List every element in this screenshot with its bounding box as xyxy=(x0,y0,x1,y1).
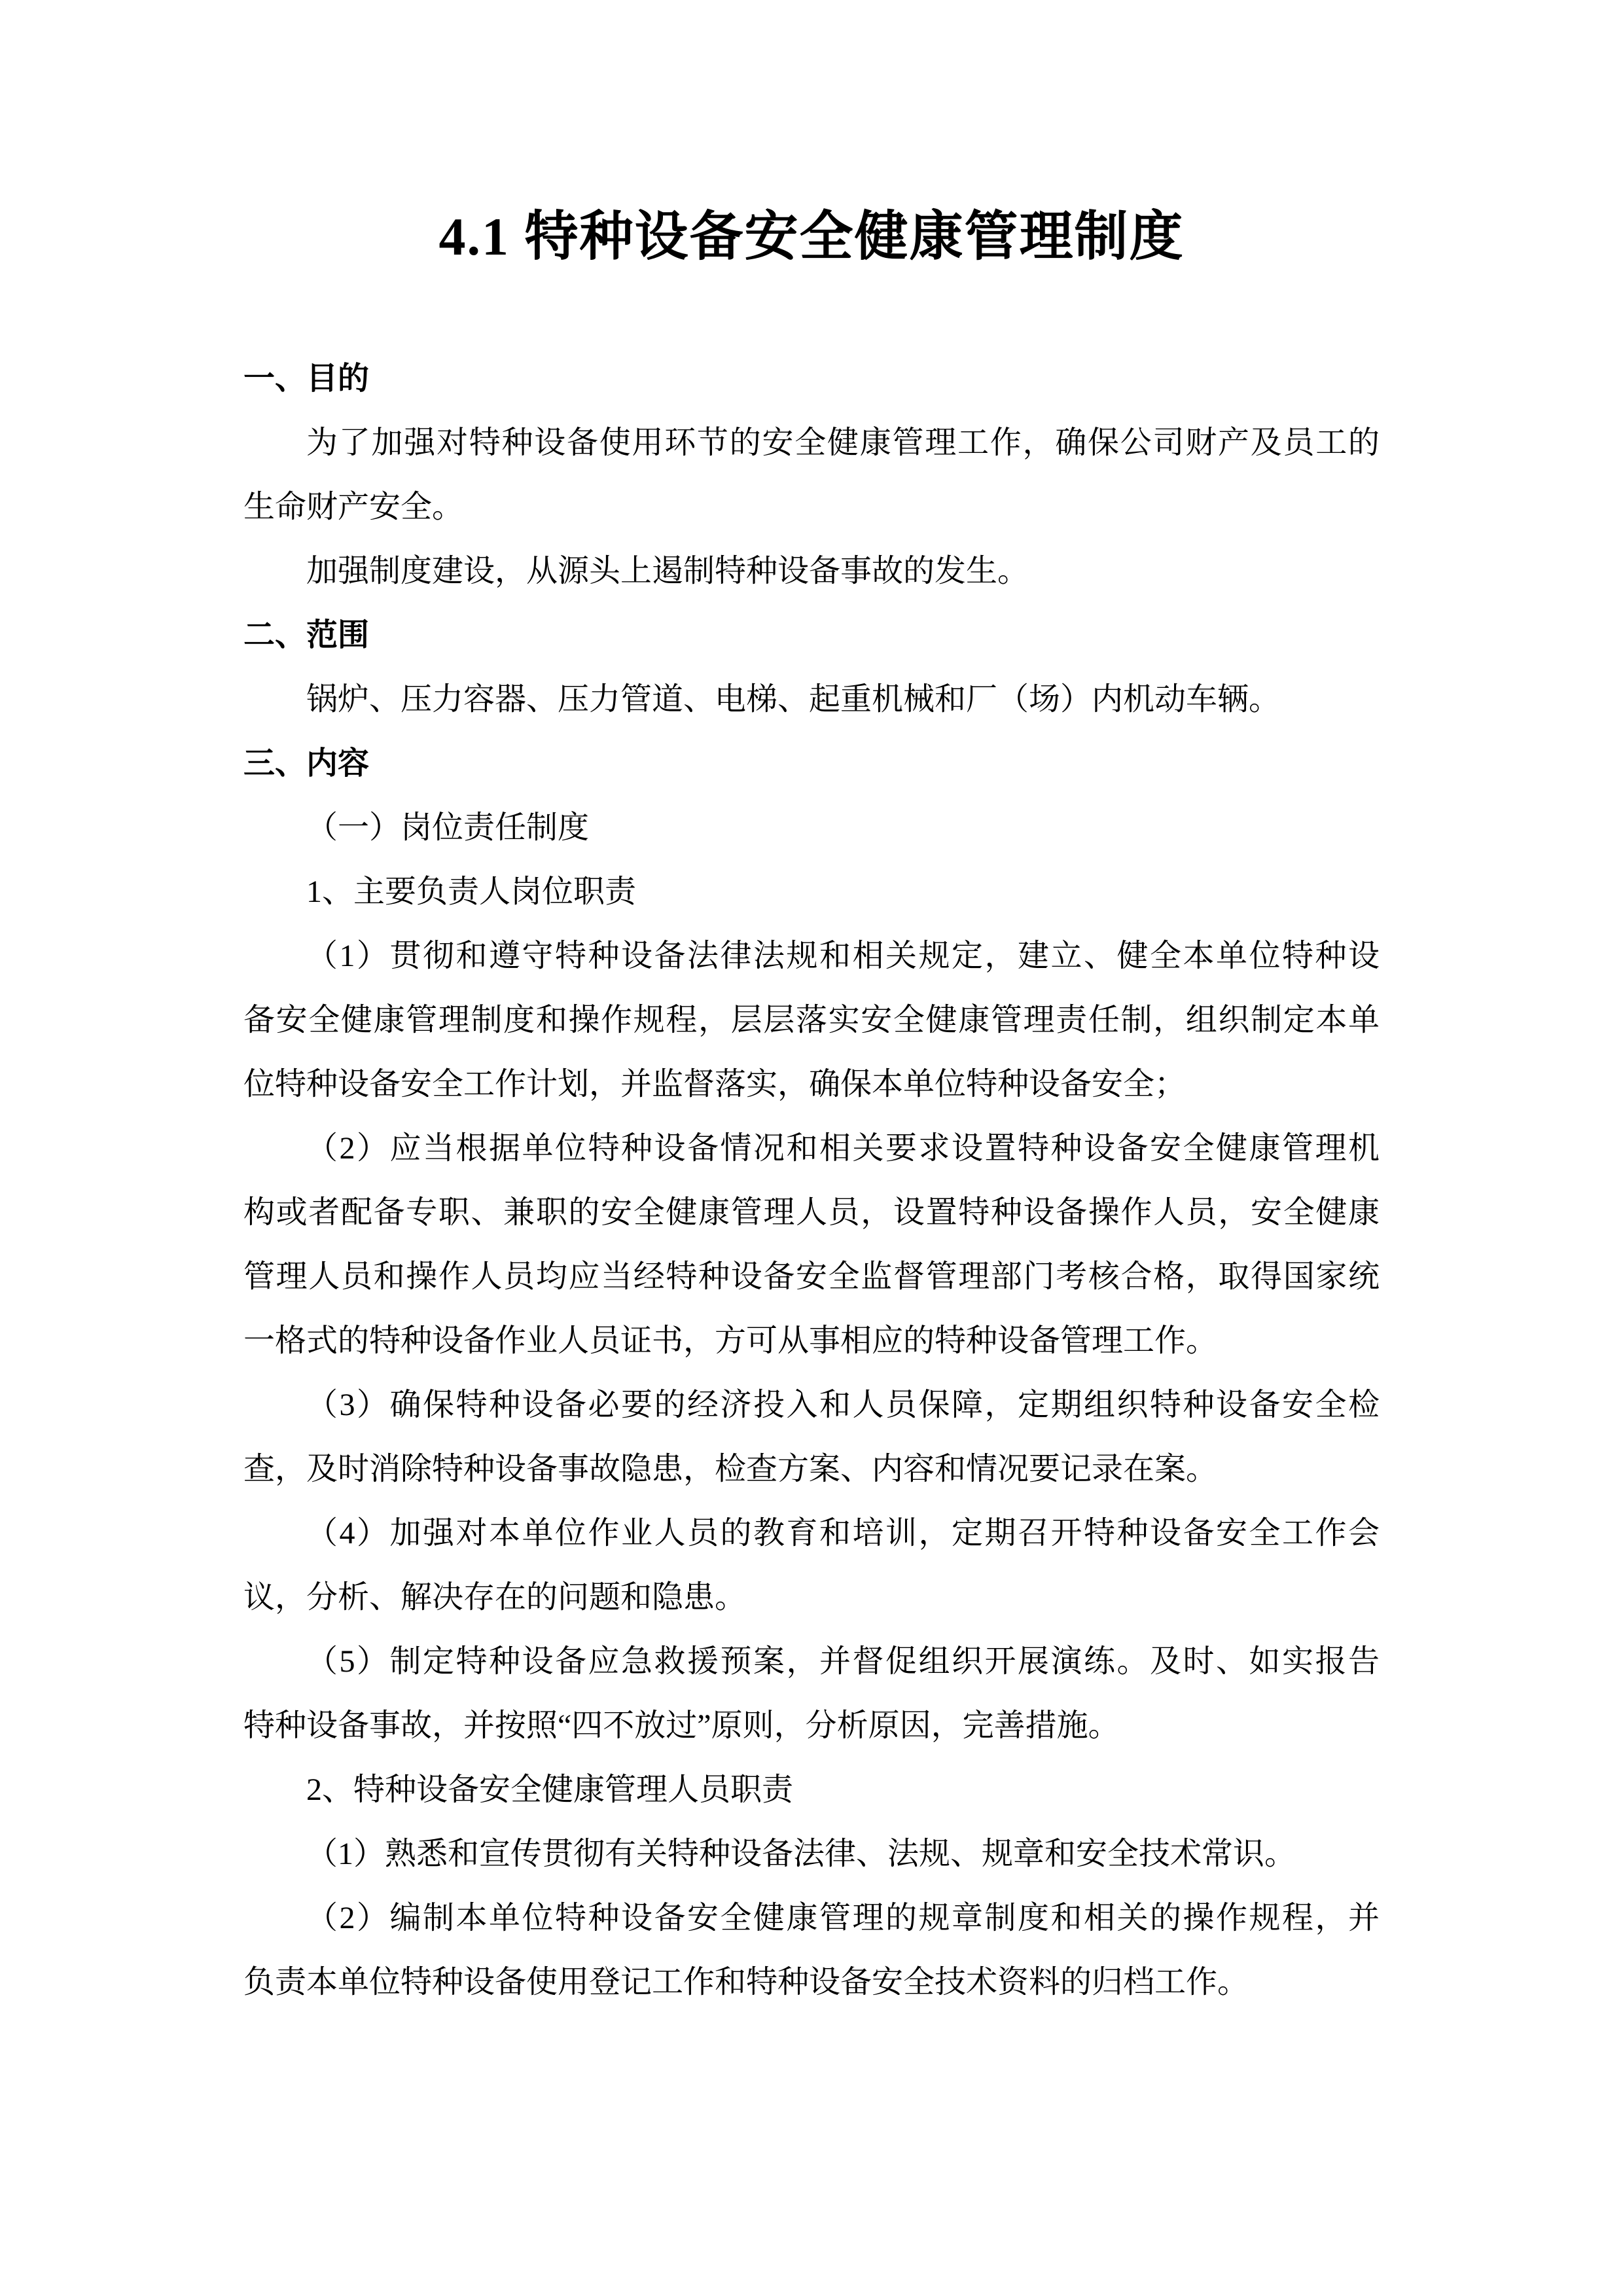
text-line: 一格式的特种设备作业人员证书，方可从事相应的特种设备管理工作。 xyxy=(243,1309,1380,1373)
text-line: 为了加强对特种设备使用环节的安全健康管理工作，确保公司财产及员工的 xyxy=(243,411,1380,475)
text-line: （1）熟悉和宣传贯彻有关特种设备法律、法规、规章和安全技术常识。 xyxy=(243,1822,1380,1886)
text-line: 议，分析、解决存在的问题和隐患。 xyxy=(243,1566,1380,1630)
text-line: 特种设备事故，并按照“四不放过”原则，分析原因，完善措施。 xyxy=(243,1694,1380,1758)
text-line: 2、特种设备安全健康管理人员职责 xyxy=(243,1758,1380,1822)
text-line: （一）岗位责任制度 xyxy=(243,796,1380,860)
text-line: 位特种设备安全工作计划，并监督落实，确保本单位特种设备安全； xyxy=(243,1052,1380,1117)
text-line: 生命财产安全。 xyxy=(243,475,1380,539)
text-line: 加强制度建设，从源头上遏制特种设备事故的发生。 xyxy=(243,539,1380,603)
page-title: 4.1 特种设备安全健康管理制度 xyxy=(0,204,1623,270)
text-line: 一、目的 xyxy=(243,347,1380,411)
text-line: 锅炉、压力容器、压力管道、电梯、起重机械和厂（场）内机动车辆。 xyxy=(243,668,1380,732)
text-line: 管理人员和操作人员均应当经特种设备安全监督管理部门考核合格，取得国家统 xyxy=(243,1245,1380,1309)
text-line: （3）确保特种设备必要的经济投入和人员保障，定期组织特种设备安全检 xyxy=(243,1373,1380,1437)
document-body: 一、目的为了加强对特种设备使用环节的安全健康管理工作，确保公司财产及员工的生命财… xyxy=(243,347,1380,2015)
text-line: 二、范围 xyxy=(243,603,1380,668)
text-line: （2）应当根据单位特种设备情况和相关要求设置特种设备安全健康管理机 xyxy=(243,1117,1380,1181)
text-line: 1、主要负责人岗位职责 xyxy=(243,860,1380,924)
text-line: 三、内容 xyxy=(243,732,1380,796)
text-line: 备安全健康管理制度和操作规程，层层落实安全健康管理责任制，组织制定本单 xyxy=(243,988,1380,1052)
text-line: （2）编制本单位特种设备安全健康管理的规章制度和相关的操作规程，并 xyxy=(243,1886,1380,1950)
text-line: （4）加强对本单位作业人员的教育和培训，定期召开特种设备安全工作会 xyxy=(243,1501,1380,1566)
text-line: （5）制定特种设备应急救援预案，并督促组织开展演练。及时、如实报告 xyxy=(243,1630,1380,1694)
text-line: 查，及时消除特种设备事故隐患，检查方案、内容和情况要记录在案。 xyxy=(243,1437,1380,1501)
text-line: 负责本单位特种设备使用登记工作和特种设备安全技术资料的归档工作。 xyxy=(243,1950,1380,2015)
text-line: 构或者配备专职、兼职的安全健康管理人员，设置特种设备操作人员，安全健康 xyxy=(243,1181,1380,1245)
text-line: （1）贯彻和遵守特种设备法律法规和相关规定，建立、健全本单位特种设 xyxy=(243,924,1380,988)
document-page: 4.1 特种设备安全健康管理制度 一、目的为了加强对特种设备使用环节的安全健康管… xyxy=(0,0,1623,2296)
